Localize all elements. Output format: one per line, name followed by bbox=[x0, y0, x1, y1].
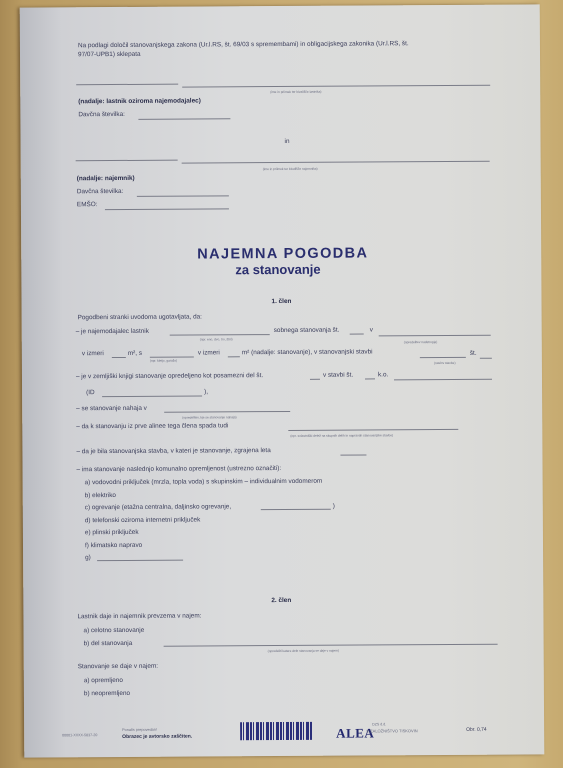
room-count-hint: (npr. eno, dvo, tro, štiri) bbox=[200, 337, 233, 341]
equipment-item-g[interactable]: g) bbox=[85, 554, 91, 561]
building-address-hint: (naslov stavbe) bbox=[434, 361, 456, 365]
extras-field[interactable] bbox=[150, 357, 194, 358]
belonging-parts-field[interactable] bbox=[288, 429, 458, 431]
cadastral-municipality-field[interactable] bbox=[394, 379, 492, 381]
equipment-item-c[interactable]: c) ogrevanje (etažna centralna, daljinsk… bbox=[85, 503, 231, 511]
intro-line-2: 97/07-UPB1) sklepata bbox=[78, 51, 141, 58]
furnish-intro: Stanovanje se daje v najem: bbox=[78, 663, 158, 670]
owner-name-field-left[interactable] bbox=[76, 84, 178, 86]
document-subtitle: za stanovanje bbox=[235, 262, 320, 278]
contract-form-page: Na podlagi določil stanovanjskega zakona… bbox=[20, 4, 545, 757]
article-2-intro: Lastnik daje in najemnik prevzema v naje… bbox=[77, 612, 201, 620]
heating-other-field[interactable] bbox=[261, 509, 331, 510]
form-number: Obr. 0,74 bbox=[466, 727, 487, 733]
copyright-warning: Obrazec je avtorsko zaščiten. bbox=[122, 734, 192, 740]
tenant-name-hint: (ime in priimek ter bivališče najemnika) bbox=[263, 167, 318, 171]
apartment-number-field[interactable] bbox=[350, 333, 364, 334]
equipment-intro: – ima stanovanje naslednjo komunalno opr… bbox=[77, 465, 282, 473]
size-field[interactable] bbox=[112, 357, 126, 358]
art1-row3-label: – je v zemljiški knjigi stanovanje opred… bbox=[76, 372, 263, 380]
extras-size-field[interactable] bbox=[228, 356, 240, 357]
art1-row5-label: – se stanovanje nahaja v bbox=[76, 405, 147, 412]
art1-row7-label: – da je bila stanovanjska stavba, v kate… bbox=[76, 447, 270, 455]
barcode bbox=[240, 722, 312, 740]
art1-row6-label: – da k stanovanju iz prve alinee tega čl… bbox=[76, 422, 228, 430]
intro-line-1: Na podlagi določil stanovanjskega zakona… bbox=[78, 40, 409, 49]
furnish-option-b[interactable]: b) neopremljeno bbox=[84, 690, 130, 697]
form-code: 00001-XXXX-5837-20 bbox=[62, 733, 97, 737]
tenant-name-field-left[interactable] bbox=[76, 160, 178, 162]
floor-hint: (opredelitev nadstropja) bbox=[404, 340, 438, 344]
art1-row3-ko: k.o. bbox=[378, 371, 388, 378]
tenant-name-field[interactable] bbox=[182, 161, 490, 164]
art1-row2-m2: m², s bbox=[128, 350, 142, 357]
emso-label: EMŠO: bbox=[77, 201, 98, 208]
article-1-heading: 1. člen bbox=[271, 298, 291, 305]
equipment-item-e[interactable]: e) plinski priključek bbox=[85, 529, 139, 536]
floor-field[interactable] bbox=[379, 335, 491, 337]
partial-lease-hint: (opredeliti katere dele stanovanja se da… bbox=[268, 649, 339, 653]
emso-field[interactable] bbox=[105, 208, 229, 210]
article-2-heading: 2. člen bbox=[271, 597, 291, 604]
part-number-field[interactable] bbox=[310, 379, 320, 380]
art1-row2-building-label: m² (nadalje: stanovanje), v stanovanjski… bbox=[242, 348, 373, 356]
publisher-line-2: ® ZALOŽNIŠTVO TISKOVIN bbox=[366, 728, 418, 733]
room-count-field[interactable] bbox=[170, 334, 270, 336]
article-1-intro: Pogodbeni stranki uvodoma ugotavljata, d… bbox=[78, 313, 202, 321]
and-word: in bbox=[285, 138, 290, 145]
art1-row2-st: št. bbox=[470, 350, 477, 357]
tenant-tax-number-label: Davčna številka: bbox=[77, 188, 124, 195]
building-address-field[interactable] bbox=[420, 357, 466, 358]
art1-row4-close: ), bbox=[204, 388, 208, 395]
owner-name-field[interactable] bbox=[182, 85, 490, 88]
art1-row1-v: v bbox=[370, 326, 373, 333]
equipment-item-f[interactable]: f) klimatsko napravo bbox=[85, 542, 142, 549]
lease-option-b[interactable]: b) del stanovanja bbox=[84, 640, 133, 647]
furnish-option-a[interactable]: a) opremljeno bbox=[84, 677, 123, 684]
id-field[interactable] bbox=[102, 395, 202, 397]
extras-hint: (npr. kletjo, garažo) bbox=[150, 359, 177, 363]
owner-name-hint: (ime in priimek ter bivališče lastnika) bbox=[270, 90, 321, 94]
construction-year-field[interactable] bbox=[340, 454, 366, 455]
belonging-parts-hint: (npr. solastniški delež na skupnih delih… bbox=[290, 433, 393, 438]
art1-row4-id-label: (ID bbox=[86, 389, 95, 396]
equipment-item-a[interactable]: a) vodovodni priključek (mrzla, topla vo… bbox=[85, 478, 323, 486]
publisher-line-1: DZS d.d. bbox=[372, 722, 386, 726]
location-field[interactable] bbox=[164, 411, 290, 413]
art1-row2-size-label: v izmeri bbox=[82, 350, 104, 357]
lease-option-a[interactable]: a) celotno stanovanje bbox=[84, 627, 145, 634]
reprint-warning: Ponatis prepovedan! bbox=[122, 728, 157, 732]
building-number-field[interactable] bbox=[480, 358, 492, 359]
partial-lease-field[interactable] bbox=[164, 644, 498, 647]
tenant-tax-number-field[interactable] bbox=[137, 195, 229, 197]
owner-tax-number-label: Davčna številka: bbox=[78, 111, 125, 118]
location-hint: (opredelitev, kje se stanovanje nahaja) bbox=[182, 415, 236, 419]
document-title: NAJEMNA POGODBA bbox=[197, 245, 368, 262]
art1-row3-building-no: v stavbi št. bbox=[323, 372, 353, 379]
owner-label: (nadalje: lastnik oziroma najemodajalec) bbox=[78, 97, 201, 105]
building-id-field[interactable] bbox=[365, 378, 375, 379]
tenant-label: (nadalje: najemnik) bbox=[77, 175, 135, 182]
art1-row1-apartment-no-label: sobnega stanovanja št. bbox=[274, 327, 340, 334]
owner-tax-number-field[interactable] bbox=[138, 118, 230, 120]
equipment-item-b[interactable]: b) elektriko bbox=[85, 492, 116, 499]
art1-row2-extras-size-label: v izmeri bbox=[198, 349, 220, 356]
equipment-other-field[interactable] bbox=[97, 560, 183, 562]
equipment-item-d[interactable]: d) telefonski oziroma internetni priklju… bbox=[85, 517, 200, 525]
equipment-item-c-close: ) bbox=[333, 503, 335, 510]
art1-row1-label: – je najemodajalec lastnik bbox=[76, 328, 149, 335]
